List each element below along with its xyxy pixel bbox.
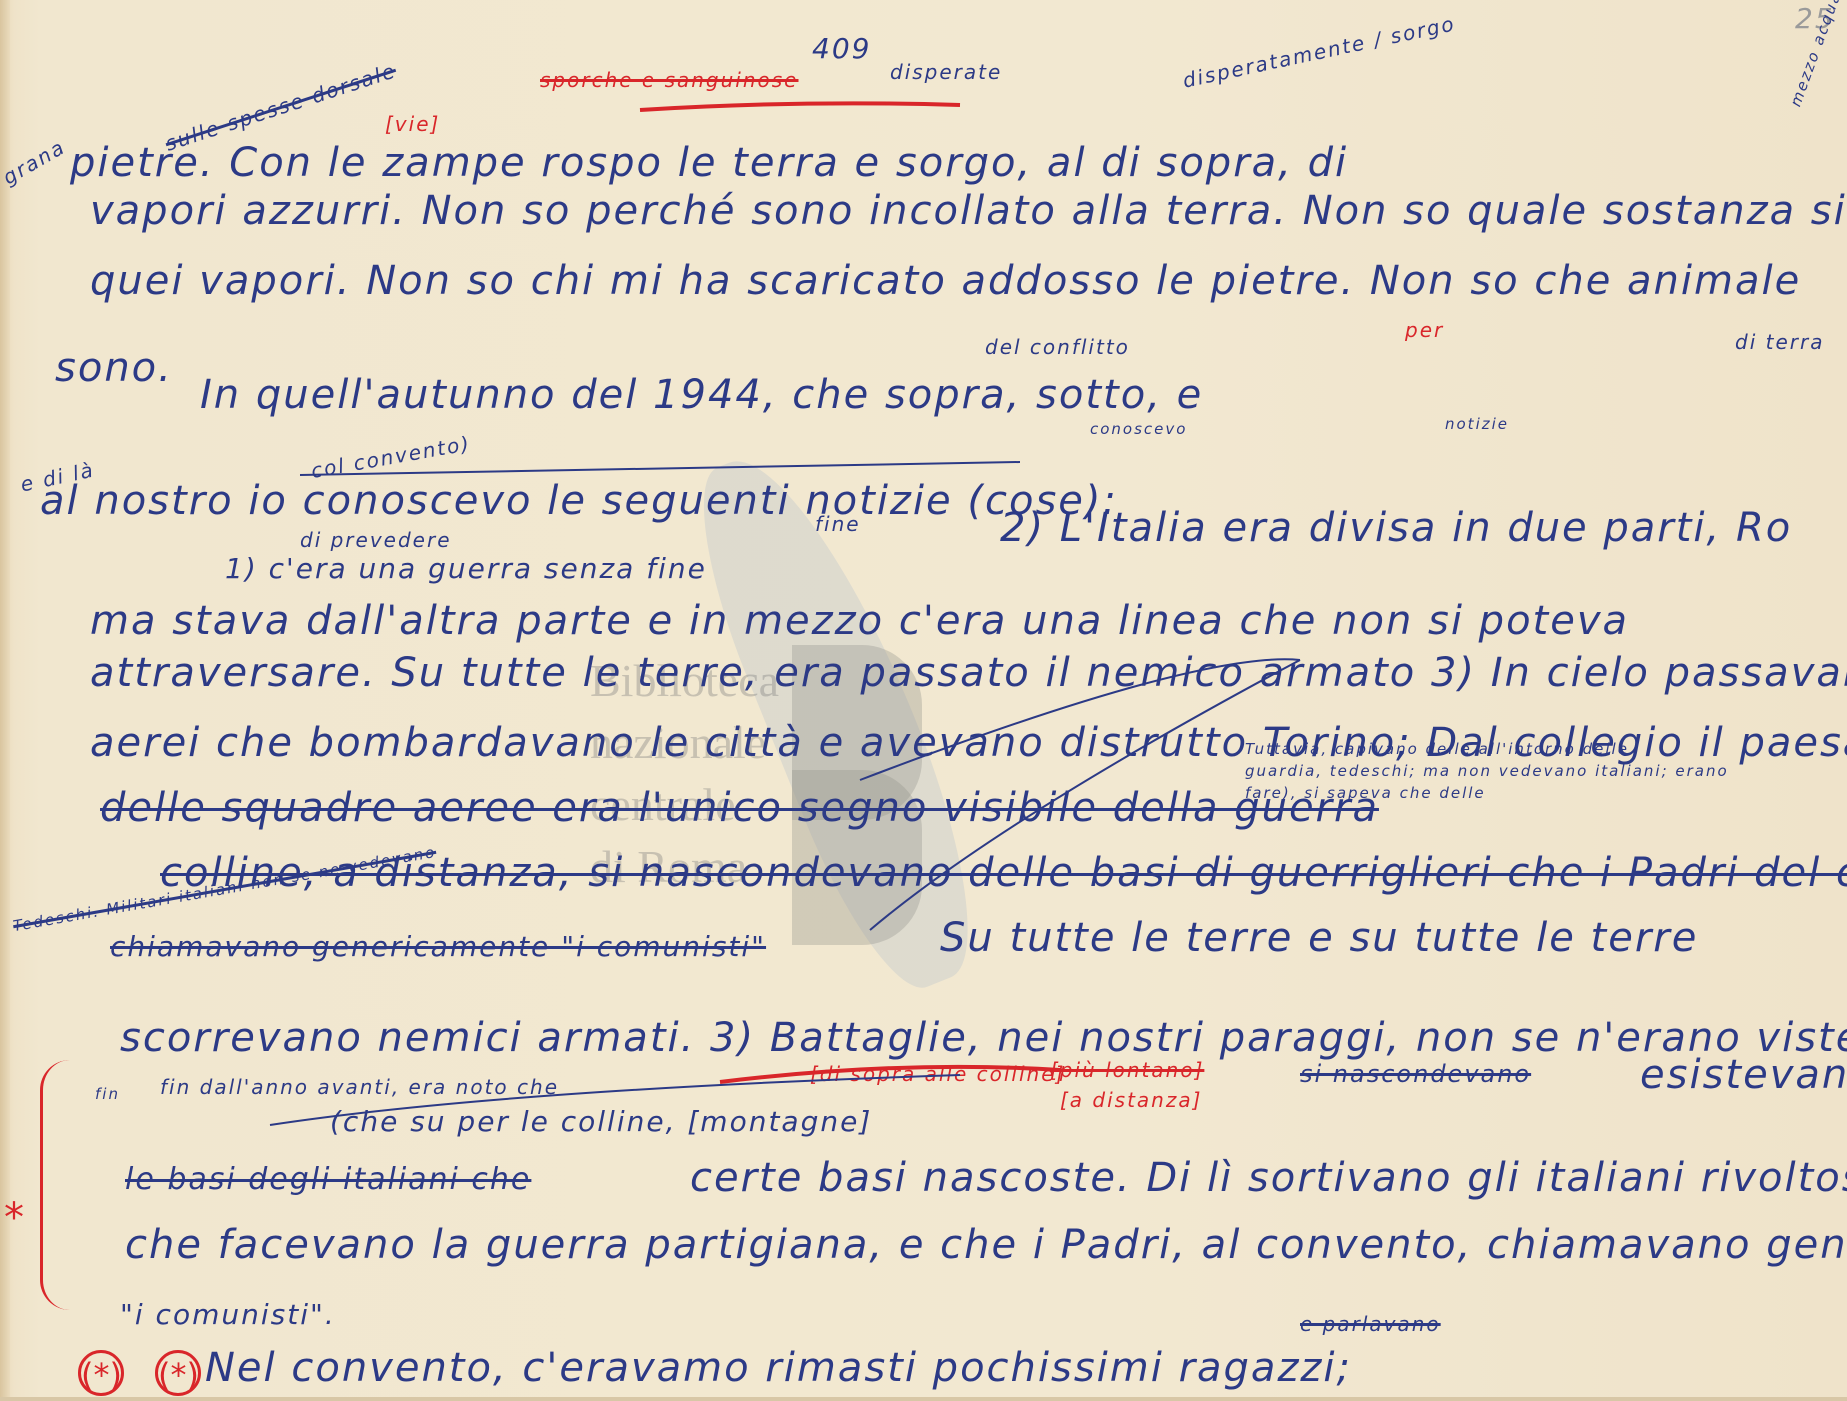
folio-number: 409 xyxy=(812,32,871,65)
red-bracket-text: [a distanza] xyxy=(1060,1088,1202,1112)
red-struck-text: [più lontano] xyxy=(1050,1058,1204,1082)
binding-edge xyxy=(0,0,10,1401)
interlinear-note: col convento) xyxy=(309,431,472,483)
interlinear-note: di terra xyxy=(1735,330,1824,354)
margin-note: grana xyxy=(0,135,70,190)
manuscript-line: Nel convento, c'eravamo rimasti pochissi… xyxy=(205,1345,1352,1391)
manuscript-line: certe basi nascoste. Di lì sortivano gli… xyxy=(690,1155,1847,1201)
red-insert: [vie] xyxy=(385,112,440,136)
interlinear-note: disperatamente / sorgo xyxy=(1181,11,1458,92)
manuscript-line: In quell'autunno del 1944, che sopra, so… xyxy=(200,372,1203,418)
manuscript-line: delle squadre aeree era l'unico segno vi… xyxy=(100,785,1379,831)
struck-text: si nascondevano xyxy=(1300,1060,1531,1088)
struck-text: le basi degli italiani che xyxy=(125,1162,531,1197)
interlinear-note: notizie xyxy=(1445,415,1509,433)
red-brace-mark xyxy=(40,1060,73,1310)
bracket-insert: disperate xyxy=(890,60,1002,84)
manuscript-line: al nostro io conoscevo le seguenti notiz… xyxy=(40,478,1118,524)
manuscript-line: "i comunisti". xyxy=(120,1298,336,1331)
interlinear-note: fine xyxy=(815,512,861,536)
manuscript-line: 2) L'Italia era divisa in due parti, Ro xyxy=(1000,505,1792,551)
red-struck-text: sporche e sanguinose xyxy=(540,68,799,92)
asterisk-mark: * xyxy=(4,1195,26,1241)
manuscript-line: esistevano xyxy=(1640,1052,1847,1098)
interlinear-note: guardia, tedeschi; ma non vedevano itali… xyxy=(1245,762,1729,780)
manuscript-line: quei vapori. Non so chi mi ha scaricato … xyxy=(90,258,1801,304)
manuscript-line: colline, a distanza, si nascondevano del… xyxy=(160,850,1847,896)
manuscript-line: sono. xyxy=(55,345,173,391)
interlinear-note: e parlavano xyxy=(1300,1312,1441,1336)
manuscript-line: (che su per le colline, [montagne] xyxy=(330,1105,872,1138)
manuscript-line: che facevano la guerra partigiana, e che… xyxy=(125,1222,1847,1268)
circled-asterisk-icon: (*) xyxy=(155,1350,201,1396)
red-insert: per xyxy=(1405,318,1444,342)
interlinear-note: fin dall'anno avanti, era noto che xyxy=(160,1075,559,1099)
circled-asterisk-icon: (*) xyxy=(78,1350,124,1396)
manuscript-line: vapori azzurri. Non so perché sono incol… xyxy=(90,188,1847,234)
manuscript-line: pietre. Con le zampe rospo le terra e so… xyxy=(70,140,1348,186)
manuscript-line: Su tutte le terre e su tutte le terre xyxy=(940,915,1698,961)
page-bottom-edge xyxy=(0,1397,1847,1401)
manuscript-line: ma stava dall'altra parte e in mezzo c'e… xyxy=(90,598,1629,644)
manuscript-line: attraversare. Su tutte le terre, era pas… xyxy=(90,650,1847,696)
interlinear-note: Tuttavia, capivano delle all'intorno del… xyxy=(1245,740,1629,758)
interlinear-note: del conflitto xyxy=(985,335,1130,359)
interlinear-note: di prevedere xyxy=(300,528,452,552)
red-insert: [di sopra alle colline] xyxy=(810,1062,1065,1086)
manuscript-line: scorrevano nemici armati. 3) Battaglie, … xyxy=(120,1015,1847,1061)
interlinear-note: conoscevo xyxy=(1090,420,1187,438)
manuscript-line: chiamavano genericamente "i comunisti" xyxy=(110,930,766,963)
margin-note: fin xyxy=(95,1085,120,1103)
manuscript-page: Biblioteca nazionale centrale di Roma 25… xyxy=(0,0,1847,1401)
manuscript-line: 1) c'era una guerra senza fine xyxy=(225,552,707,585)
